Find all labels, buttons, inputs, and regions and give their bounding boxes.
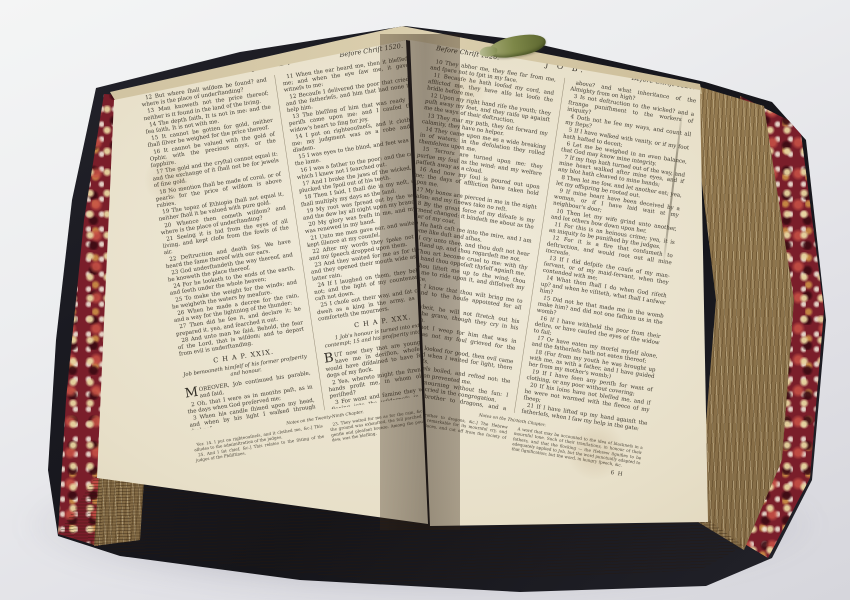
dropcap-letter: M [184,386,200,399]
open-bible-book: Before Chriſt 1520. J O B. Before Chriſt… [0,0,850,600]
photo-scene: Before Chriſt 1520. J O B. Before Chriſt… [0,0,850,600]
